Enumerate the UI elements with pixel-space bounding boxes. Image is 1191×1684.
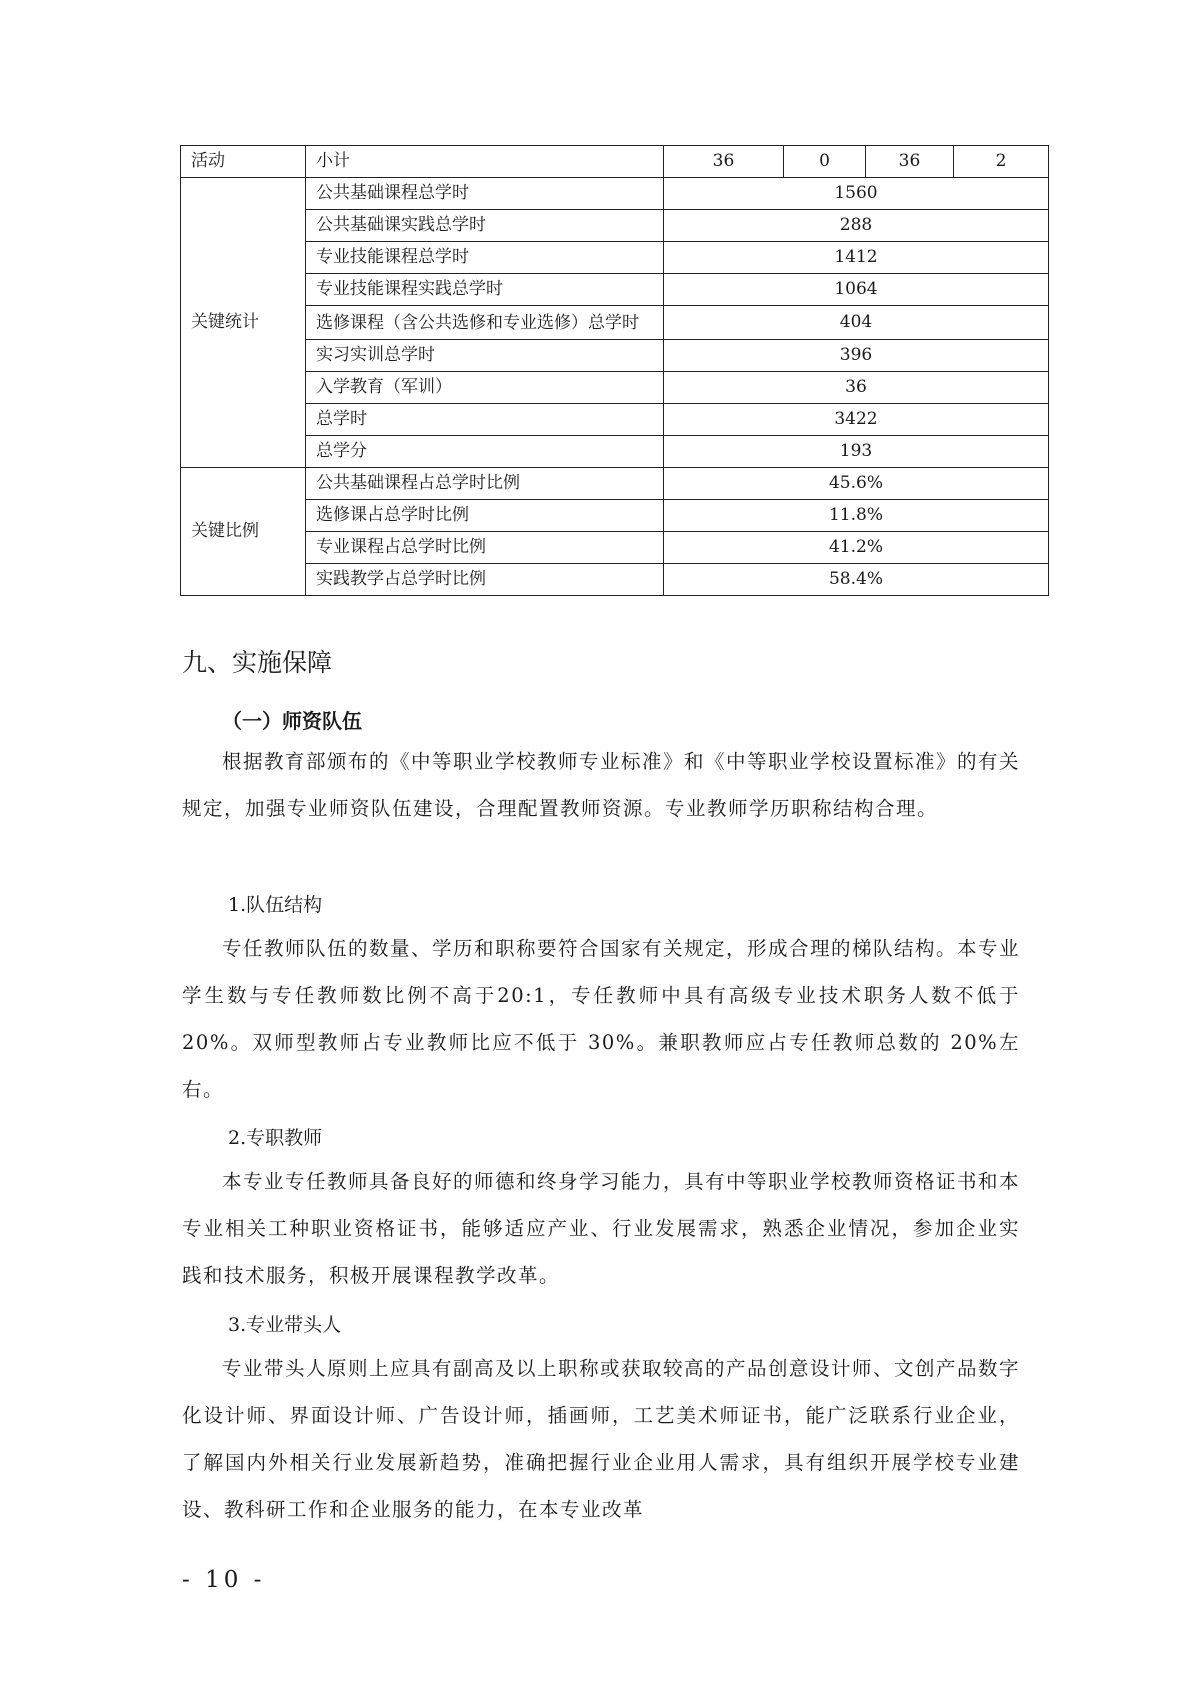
value-cell: 41.2% — [664, 532, 1049, 564]
item-body: 专任教师队伍的数量、学历和职称要符合国家有关规定，形成合理的梯队结构。本专业学生… — [182, 925, 1020, 1113]
label-cell: 总学分 — [306, 436, 664, 468]
item-title: 1.队伍结构 — [228, 890, 322, 917]
table-row: 专业课程占总学时比例 41.2% — [181, 532, 1049, 564]
table-row: 入学教育（军训） 36 — [181, 372, 1049, 404]
table-row: 专业技能课程总学时 1412 — [181, 242, 1049, 274]
value-cell: 36 — [866, 146, 954, 178]
label-cell: 总学时 — [306, 404, 664, 436]
value-cell: 45.6% — [664, 468, 1049, 500]
value-cell: 3422 — [664, 404, 1049, 436]
item-title: 2.专职教师 — [228, 1123, 322, 1150]
table-row: 总学分 193 — [181, 436, 1049, 468]
value-cell: 1064 — [664, 274, 1049, 306]
value-cell: 1412 — [664, 242, 1049, 274]
label-cell: 公共基础课实践总学时 — [306, 210, 664, 242]
value-cell: 11.8% — [664, 500, 1049, 532]
table-row: 公共基础课实践总学时 288 — [181, 210, 1049, 242]
subsection-heading: （一）师资队伍 — [222, 705, 362, 734]
value-cell: 2 — [954, 146, 1049, 178]
table-row: 实践教学占总学时比例 58.4% — [181, 564, 1049, 596]
value-cell: 404 — [664, 306, 1049, 340]
table-row: 选修课程（含公共选修和专业选修）总学时 404 — [181, 306, 1049, 340]
category-cell: 活动 — [181, 146, 306, 178]
value-cell: 36 — [664, 146, 784, 178]
value-cell: 396 — [664, 340, 1049, 372]
label-cell: 专业技能课程实践总学时 — [306, 274, 664, 306]
table-row: 关键比例 公共基础课程占总学时比例 45.6% — [181, 468, 1049, 500]
intro-paragraph: 根据教育部颁布的《中等职业学校教师专业标准》和《中等职业学校设置标准》的有关规定… — [182, 738, 1020, 832]
category-cell-key-stats: 关键统计 — [181, 178, 306, 468]
table-row: 关键统计 公共基础课程总学时 1560 — [181, 178, 1049, 210]
label-cell: 选修课占总学时比例 — [306, 500, 664, 532]
label-cell: 实习实训总学时 — [306, 340, 664, 372]
table-row: 实习实训总学时 396 — [181, 340, 1049, 372]
curriculum-summary-table: 活动 小计 36 0 36 2 关键统计 公共基础课程总学时 1560 公共基础… — [180, 145, 1049, 596]
table-row: 专业技能课程实践总学时 1064 — [181, 274, 1049, 306]
label-cell: 公共基础课程总学时 — [306, 178, 664, 210]
value-cell: 1560 — [664, 178, 1049, 210]
label-cell: 选修课程（含公共选修和专业选修）总学时 — [306, 306, 664, 340]
label-cell: 公共基础课程占总学时比例 — [306, 468, 664, 500]
label-cell: 专业课程占总学时比例 — [306, 532, 664, 564]
table-row: 选修课占总学时比例 11.8% — [181, 500, 1049, 532]
value-cell: 288 — [664, 210, 1049, 242]
value-cell: 0 — [784, 146, 866, 178]
value-cell: 36 — [664, 372, 1049, 404]
label-cell: 入学教育（军训） — [306, 372, 664, 404]
value-cell: 58.4% — [664, 564, 1049, 596]
item-body: 本专业专任教师具备良好的师德和终身学习能力，具有中等职业学校教师资格证书和本专业… — [182, 1158, 1020, 1299]
section-heading: 九、实施保障 — [182, 643, 332, 679]
label-cell: 实践教学占总学时比例 — [306, 564, 664, 596]
category-cell-key-ratios: 关键比例 — [181, 468, 306, 596]
table-row-activity-subtotal: 活动 小计 36 0 36 2 — [181, 146, 1049, 178]
label-cell: 小计 — [306, 146, 664, 178]
item-body: 专业带头人原则上应具有副高及以上职称或获取较高的产品创意设计师、文创产品数字化设… — [182, 1345, 1020, 1533]
item-title: 3.专业带头人 — [228, 1310, 341, 1337]
page-number: - 10 - — [182, 1567, 265, 1593]
value-cell: 193 — [664, 436, 1049, 468]
document-page: 活动 小计 36 0 36 2 关键统计 公共基础课程总学时 1560 公共基础… — [0, 0, 1191, 1684]
label-cell: 专业技能课程总学时 — [306, 242, 664, 274]
table-row: 总学时 3422 — [181, 404, 1049, 436]
